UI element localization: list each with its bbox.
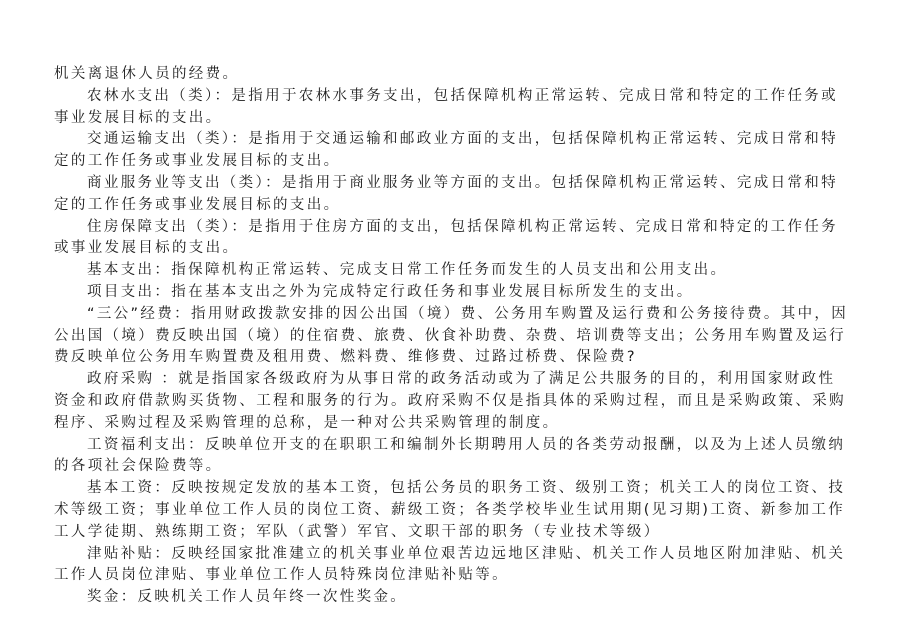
document-page: 机关离退休人员的经费。 农林水支出（类）：是指用于农林水事务支出，包括保障机构正… [54,64,844,609]
definition-housing-security: 住房保障支出（类）：是指用于住房方面的支出，包括保障机构正常运转、完成日常和特定… [54,217,844,239]
definition-allowances-subsidies: 津贴补贴：反映经国家批准建立的机关事业单位艰苦边远地区津贴、机关工作人员地区附加… [54,544,844,566]
definition-basic-expenditure: 基本支出：指保障机构正常运转、完成支日常工作任务而发生的人员支出和公用支出。 [54,260,844,282]
definition-government-procurement: 政府采购 ：就是指国家各级政府为从事日常的政务活动或为了满足公共服务的目的，利用… [54,369,844,391]
text-line-continuation: 资金和政府借款购买货物、工程和服务的行为。政府采购不仅是指具体的采购过程，而且是… [54,391,844,413]
text-line-continuation: 定的工作任务或事业发展目标的支出。 [54,195,844,217]
text-line-continuation: 机关离退休人员的经费。 [54,64,844,86]
definition-agriculture-forestry-water: 农林水支出（类）：是指用于农林水事务支出，包括保障机构正常运转、完成日常和特定的… [54,86,844,108]
definition-three-public-expenses: “三公”经费：指用财政拨款安排的因公出国（境）费、公务用车购置及运行费和公务接待… [54,304,844,326]
text-line-continuation: 费反映单位公务用车购置费及租用费、燃料费、维修费、过路过桥费、保险费? [54,347,844,369]
definition-transportation: 交通运输支出（类）：是指用于交通运输和邮政业方面的支出，包括保障机构正常运转、完… [54,129,844,151]
definition-basic-wages: 基本工资：反映按规定发放的基本工资，包括公务员的职务工资、级别工资；机关工人的岗… [54,478,844,500]
definition-bonus: 奖金：反映机关工作人员年终一次性奖金。 [54,587,844,609]
text-line-continuation: 程序、采购过程及采购管理的总称，是一种对公共采购管理的制度。 [54,413,844,435]
text-line-continuation: 工作人员岗位津贴、事业单位工作人员特殊岗位津贴补贴等。 [54,565,844,587]
text-line-continuation: 事业发展目标的支出。 [54,108,844,130]
text-line-continuation: 术等级工资；事业单位工作人员的岗位工资、薪级工资；各类学校毕业生试用期(见习期)… [54,500,844,522]
text-line-continuation: 的各项社会保险费等。 [54,456,844,478]
text-line-continuation: 公出国（境）费反映出国（境）的住宿费、旅费、伙食补助费、杂费、培训费等支出；公务… [54,326,844,348]
definition-project-expenditure: 项目支出：指在基本支出之外为完成特定行政任务和事业发展目标所发生的支出。 [54,282,844,304]
text-line-continuation: 工人学徒期、熟练期工资；军队（武警）军官、文职干部的职务（专业技术等级） [54,522,844,544]
definition-commercial-services: 商业服务业等支出（类）：是指用于商业服务业等方面的支出。包括保障机构正常运转、完… [54,173,844,195]
text-line-continuation: 或事业发展目标的支出。 [54,238,844,260]
text-line-continuation: 定的工作任务或事业发展目标的支出。 [54,151,844,173]
definition-wages-welfare: 工资福利支出：反映单位开支的在职职工和编制外长期聘用人员的各类劳动报酬，以及为上… [54,435,844,457]
